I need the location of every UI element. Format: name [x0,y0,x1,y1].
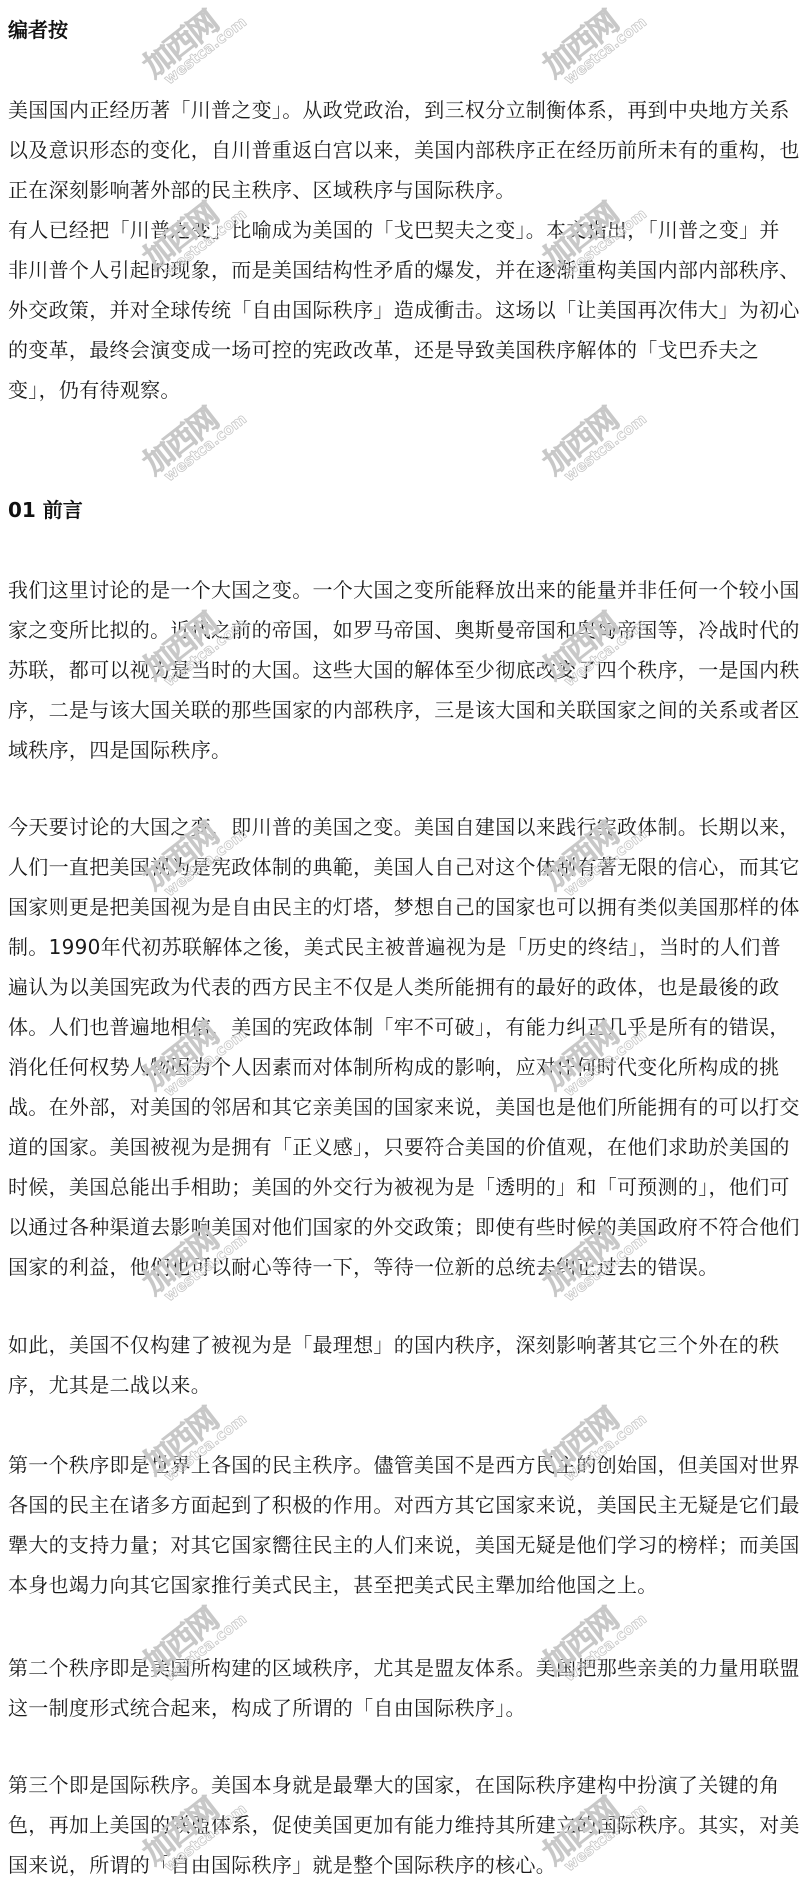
text-line: 遍认为以美国宪政为代表的西方民主不仅是人类所能拥有的最好的政体，也是最後的政 [8,967,798,1007]
text-line: 苏联，都可以视为是当时的大国。这些大国的解体至少彻底改变了四个秩序，一是国内秩 [8,650,798,690]
text-line: 国家则更是把美国视为是自由民主的灯塔，梦想自己的国家也可以拥有类似美国那样的体 [8,887,798,927]
text-line: 外交政策，并对全球传统「自由国际秩序」造成衝击。这场以「让美国再次伟大」为初心 [8,290,798,330]
intro-paragraph-6: 第三个即是国际秩序。美国本身就是最犟大的国家，在国际秩序建构中扮演了关键的角 色… [8,1765,798,1885]
text-line: 人们一直把美国视为是宪政体制的典範，美国人自己对这个体制有著无限的信心，而其它 [8,847,798,887]
text-line: 消化任何权势人物因为个人因素而对体制所构成的影响，应对任何时代变化所构成的挑 [8,1047,798,1087]
text-line: 我们这里讨论的是一个大国之变。一个大国之变所能释放出来的能量并非任何一个较小国 [8,570,798,610]
text-line: 犟大的支持力量；对其它国家嚮往民主的人们来说，美国无疑是他们学习的榜样；而美国 [8,1525,798,1565]
text-line: 今天要讨论的大国之变，即川普的美国之变。美国自建国以来践行宪政体制。长期以来， [8,807,798,847]
intro-paragraph-2: 今天要讨论的大国之变，即川普的美国之变。美国自建国以来践行宪政体制。长期以来， … [8,807,798,1287]
text-line: 非川普个人引起的现象，而是美国结构性矛盾的爆发，并在逐渐重构美国内部内部秩序、 [8,250,798,290]
text-line: 变」，仍有待观察。 [8,370,798,410]
text-line: 体。人们也普遍地相信，美国的宪政体制「牢不可破」，有能力纠正几乎是所有的错误， [8,1007,798,1047]
watermark-cn-text: 加西网 [532,0,625,85]
watermark-en-text: westca.com [160,410,250,486]
watermark-en-text: westca.com [160,13,250,89]
text-line: 家之变所比拟的。近代之前的帝国，如罗马帝国、奥斯曼帝国和奥匈帝国等，冷战时代的 [8,610,798,650]
editor-note-paragraph-1: 美国国内正经历著「川普之变」。从政党政治，到三权分立制衡体系，再到中央地方关系 … [8,90,798,210]
text-line: 国家的利益，他们也可以耐心等待一下，等待一位新的总统去纠正过去的错误。 [8,1247,798,1287]
text-line: 序，尤其是二战以来。 [8,1365,798,1405]
text-line: 正在深刻影响著外部的民主秩序、区域秩序与国际秩序。 [8,170,798,210]
editor-note-heading: 编者按 [8,10,68,50]
text-line: 域秩序，四是国际秩序。 [8,730,798,770]
text-line: 序，二是与该大国关联的那些国家的内部秩序，三是该大国和关联国家之间的关系或者区 [8,690,798,730]
text-line: 色，再加上美国的联盟体系，促使美国更加有能力维持其所建立的国际秩序。其实，对美 [8,1805,798,1845]
intro-paragraph-3: 如此，美国不仅构建了被视为是「最理想」的国内秩序，深刻影响著其它三个外在的秩 序… [8,1325,798,1405]
intro-paragraph-4: 第一个秩序即是世界上各国的民主秩序。儘管美国不是西方民主的创始国，但美国对世界 … [8,1445,798,1605]
text-line: 时候，美国总能出手相助；美国的外交行为被视为是「透明的」和「可预测的」，他们可 [8,1167,798,1207]
watermark-en-text: westca.com [560,13,650,89]
text-line: 以及意识形态的变化，自川普重返白宫以来，美国内部秩序正在经历前所未有的重构，也 [8,130,798,170]
text-line: 以通过各种渠道去影响美国对他们国家的外交政策；即使有些时候的美国政府不符合他们 [8,1207,798,1247]
editor-note-paragraph-2: 有人已经把「川普之变」比喻成为美国的「戈巴契夫之变」。本文指出，「川普之变」并 … [8,210,798,410]
watermark-en-text: westca.com [560,410,650,486]
section-heading-introduction: 01 前言 [8,490,83,530]
text-line: 本身也竭力向其它国家推行美式民主，甚至把美式民主犟加给他国之上。 [8,1565,798,1605]
text-line: 战。在外部，对美国的邻居和其它亲美国的国家来说，美国也是他们所能拥有的可以打交 [8,1087,798,1127]
text-line: 各国的民主在诸多方面起到了积极的作用。对西方其它国家来说，美国民主无疑是它们最 [8,1485,798,1525]
watermark-cn-text: 加西网 [132,0,225,85]
intro-paragraph-1: 我们这里讨论的是一个大国之变。一个大国之变所能释放出来的能量并非任何一个较小国 … [8,570,798,770]
text-line: 的变革，最终会演变成一场可控的宪政改革，还是导致美国秩序解体的「戈巴乔夫之 [8,330,798,370]
intro-paragraph-5: 第二个秩序即是美国所构建的区域秩序，尤其是盟友体系。美国把那些亲美的力量用联盟 … [8,1648,798,1728]
text-line: 美国国内正经历著「川普之变」。从政党政治，到三权分立制衡体系，再到中央地方关系 [8,90,798,130]
text-line: 第二个秩序即是美国所构建的区域秩序，尤其是盟友体系。美国把那些亲美的力量用联盟 [8,1648,798,1688]
text-line: 第一个秩序即是世界上各国的民主秩序。儘管美国不是西方民主的创始国，但美国对世界 [8,1445,798,1485]
text-line: 道的国家。美国被视为是拥有「正义感」，只要符合美国的价值观，在他们求助於美国的 [8,1127,798,1167]
text-line: 如此，美国不仅构建了被视为是「最理想」的国内秩序，深刻影响著其它三个外在的秩 [8,1325,798,1365]
text-line: 这一制度形式统合起来，构成了所谓的「自由国际秩序」。 [8,1688,798,1728]
text-line: 制。1990年代初苏联解体之後，美式民主被普遍视为是「历史的终结」，当时的人们普 [8,927,798,967]
text-line: 有人已经把「川普之变」比喻成为美国的「戈巴契夫之变」。本文指出，「川普之变」并 [8,210,798,250]
text-line: 国来说，所谓的「自由国际秩序」就是整个国际秩序的核心。 [8,1845,798,1885]
text-line: 第三个即是国际秩序。美国本身就是最犟大的国家，在国际秩序建构中扮演了关键的角 [8,1765,798,1805]
